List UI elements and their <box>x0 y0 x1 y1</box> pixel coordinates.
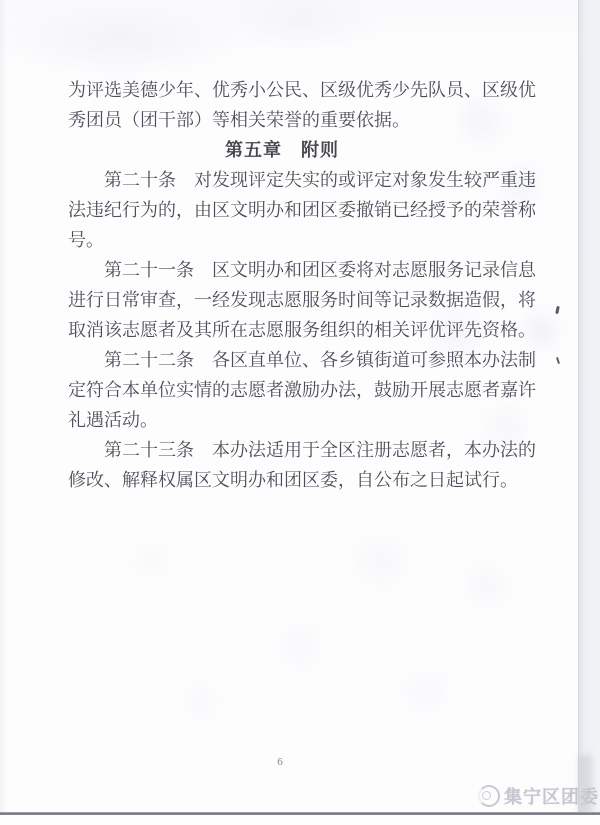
body-line: 定符合本单位实情的志愿者激励办法，鼓励开展志愿者嘉许 <box>68 375 536 405</box>
page-number: 6 <box>270 756 290 768</box>
round-logo-icon <box>478 785 500 807</box>
ink-speck <box>555 306 560 314</box>
body-line: 取消该志愿者及其所在志愿服务组织的相关评优评先资格。 <box>68 315 536 345</box>
body-line: 第二十三条 本办法适用于全区注册志愿者，本办法的 <box>68 435 536 465</box>
left-paper-edge-shade <box>0 0 7 825</box>
body-line: 第二十二条 各区直单位、各乡镇街道可参照本办法制 <box>68 345 536 375</box>
chapter-heading: 第五章 附则 <box>68 135 536 165</box>
body-line: 秀团员（团干部）等相关荣誉的重要依据。 <box>68 105 536 135</box>
scanned-document-page: 为评选美德少年、优秀小公民、区级优秀少先队员、区级优 秀团员（团干部）等相关荣誉… <box>0 0 600 825</box>
body-line: 进行日常审查，一经发现志愿服务时间等记录数据造假，将 <box>68 285 536 315</box>
body-line: 号。 <box>68 225 536 255</box>
watermark-text: 集宁区团委 <box>504 783 599 809</box>
right-paper-edge-shadow <box>578 0 600 825</box>
body-line: 修改、解释权属区文明办和团区委，自公布之日起试行。 <box>68 465 536 495</box>
document-body: 为评选美德少年、优秀小公民、区级优秀少先队员、区级优 秀团员（团干部）等相关荣誉… <box>68 75 536 495</box>
below-page-area <box>0 815 600 825</box>
body-line: 第二十一条 区文明办和团区委将对志愿服务记录信息 <box>68 255 536 285</box>
body-line: 为评选美德少年、优秀小公民、区级优秀少先队员、区级优 <box>68 75 536 105</box>
ink-speck <box>556 357 560 364</box>
body-line: 第二十条 对发现评定失实的或评定对象发生较严重违 <box>68 165 536 195</box>
body-line: 法违纪行为的，由区文明办和团区委撤销已经授予的荣誉称 <box>68 195 536 225</box>
body-line: 礼遇活动。 <box>68 405 536 435</box>
watermark: 集宁区团委 <box>478 783 599 809</box>
